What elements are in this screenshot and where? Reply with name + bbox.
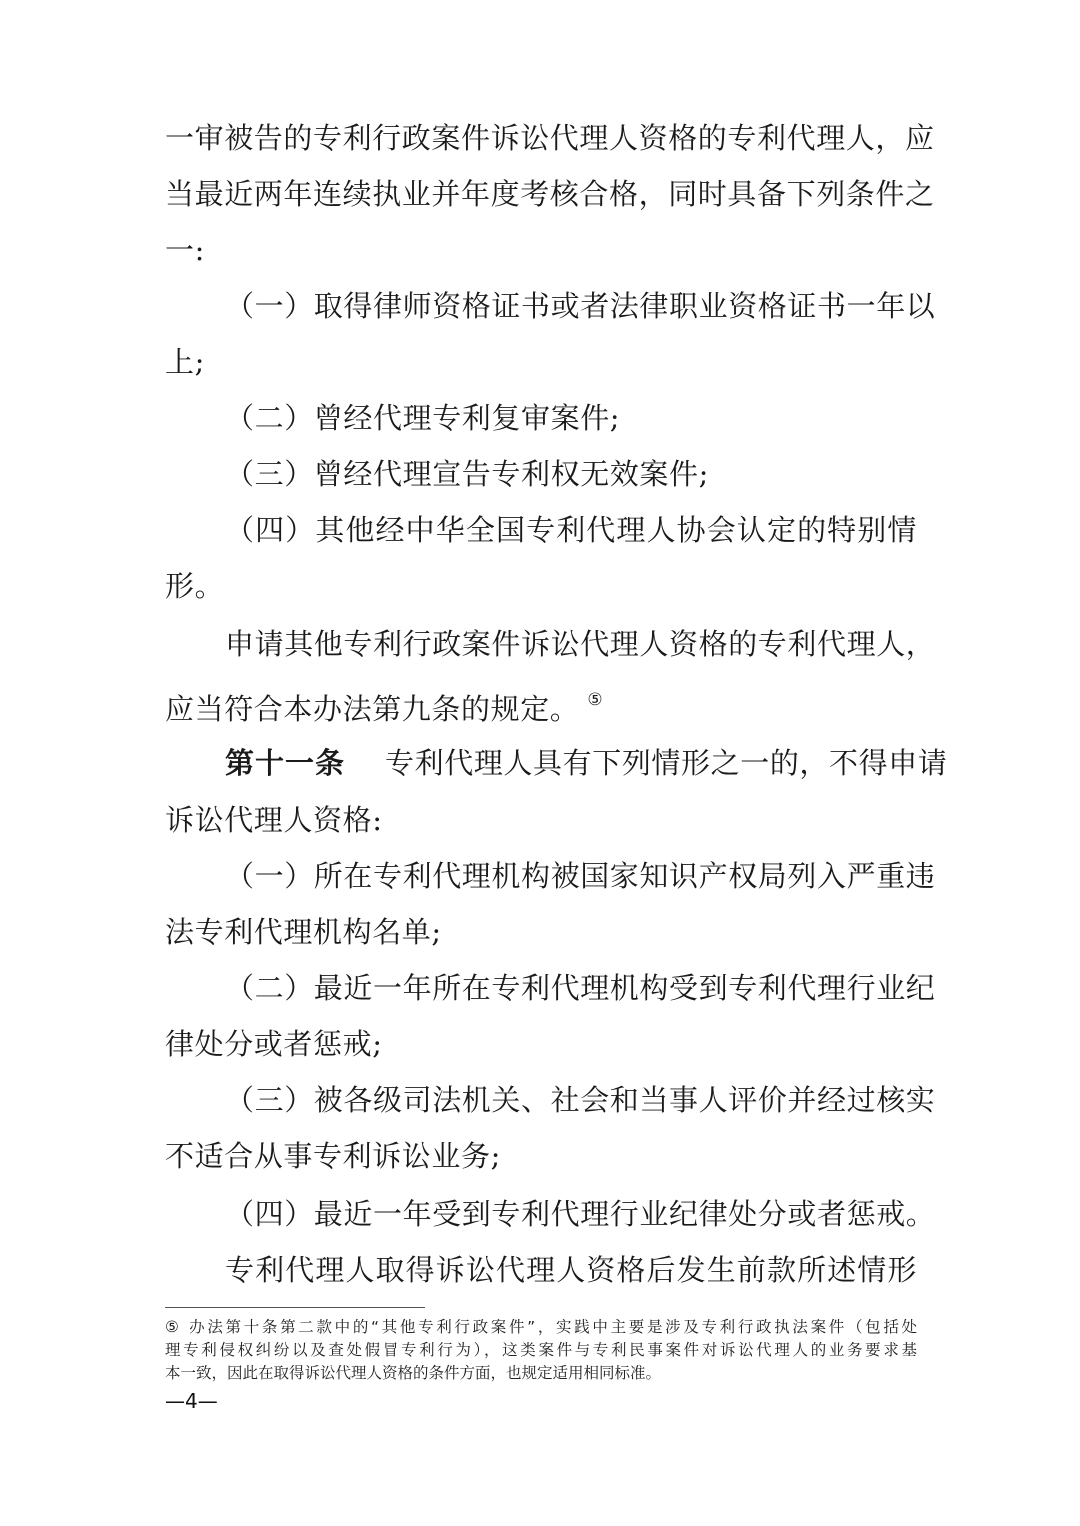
paragraph-line: 专利代理人取得诉讼代理人资格后发生前款所述情形 — [225, 1252, 917, 1288]
list-item-2: （二）曾经代理专利复审案件; — [225, 400, 917, 436]
body-line: 当最近两年连续执业并年度考核合格，同时具备下列条件之 — [165, 176, 917, 212]
list-item-3: （三）被各级司法机关、社会和当事人评价并经过核实 — [225, 1082, 917, 1118]
article-heading: 第十一条 — [225, 746, 345, 780]
list-item-1: （一）取得律师资格证书或者法律职业资格证书一年以 — [225, 288, 917, 324]
footnote-divider — [165, 1307, 425, 1308]
footnote-reference[interactable]: ⑤ — [587, 690, 603, 710]
list-item-3: （三）曾经代理宣告专利权无效案件; — [225, 456, 917, 492]
footnote-line: 本一致，因此在取得诉讼代理人资格的条件方面，也规定适用相同标准。 — [165, 1364, 917, 1383]
paragraph-line: 申请其他专利行政案件诉讼代理人资格的专利代理人， — [225, 626, 917, 662]
body-line: 不适合从事专利诉讼业务; — [165, 1138, 917, 1174]
body-line: 形。 — [165, 568, 917, 604]
paragraph-line: 应当符合本办法第九条的规定。⑤ — [165, 682, 917, 718]
article-line: 第十一条专利代理人具有下列情形之一的，不得申请 — [225, 745, 917, 781]
body-line: 上; — [165, 344, 917, 380]
footnote-line: 理专利侵权纠纷以及查处假冒专利行为），这类案件与专利民事案件对诉讼代理人的业务要… — [165, 1341, 917, 1360]
page-number: —4— — [165, 1390, 218, 1412]
list-item-1: （一）所在专利代理机构被国家知识产权局列入严重违 — [225, 858, 917, 894]
body-line: 律处分或者惩戒; — [165, 1026, 917, 1062]
body-line: 法专利代理机构名单; — [165, 914, 917, 950]
article-line: 诉讼代理人资格: — [165, 802, 917, 838]
body-line: 一审被告的专利行政案件诉讼代理人资格的专利代理人，应 — [165, 120, 917, 156]
list-item-4: （四）其他经中华全国专利代理人协会认定的特别情 — [225, 512, 917, 548]
list-item-2: （二）最近一年所在专利代理机构受到专利代理行业纪 — [225, 970, 917, 1006]
list-item-4: （四）最近一年受到专利代理行业纪律处分或者惩戒。 — [225, 1196, 917, 1232]
body-line: 一: — [165, 232, 917, 268]
paragraph-text: 应当符合本办法第九条的规定。 — [165, 692, 579, 726]
footnote-line: ⑤ 办法第十条第二款中的“其他专利行政案件”，实践中主要是涉及专利行政执法案件（… — [165, 1318, 917, 1337]
article-text: 专利代理人具有下列情形之一的，不得申请 — [385, 746, 947, 780]
document-page: 一审被告的专利行政案件诉讼代理人资格的专利代理人，应 当最近两年连续执业并年度考… — [0, 0, 1080, 1526]
